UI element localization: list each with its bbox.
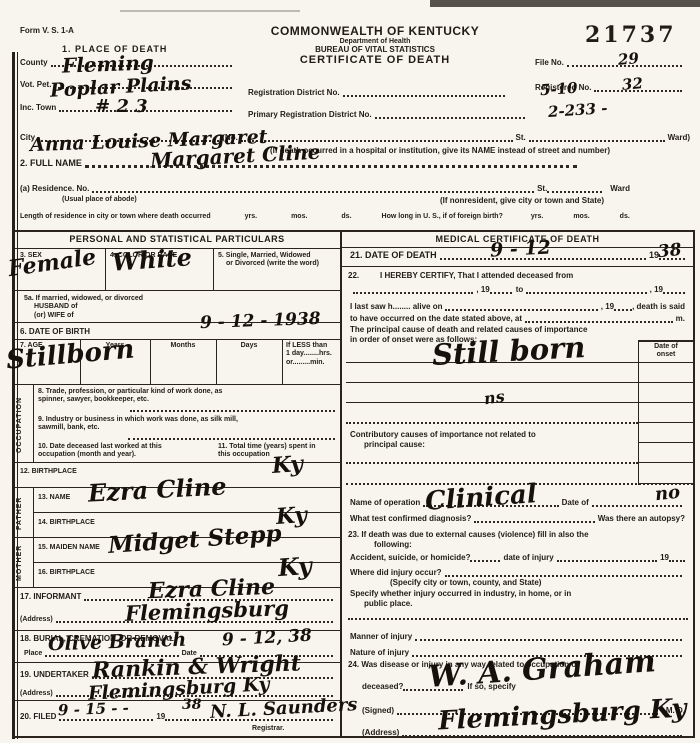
vot-pet-label: Vot. Pet. (20, 80, 51, 89)
filed-date-handwriting: 9 - 15 - - (58, 701, 129, 718)
county-handwriting: Fleming (62, 52, 154, 75)
occupation-8-rule (130, 410, 335, 412)
onset-rule-5 (638, 442, 693, 443)
inc-town-handwriting: # 2 3 (95, 98, 148, 116)
date-of-birth-handwriting: 9 - 12 - 1938 (200, 311, 321, 332)
c23-line2: following: (374, 540, 412, 549)
operation-label: Name of operation (350, 498, 420, 507)
registrar-label: Registrar. (252, 725, 284, 732)
specify-line1: Specify whether injury occurred in indus… (350, 589, 571, 598)
age-days-header: Days (216, 342, 282, 349)
father-name-handwriting: Ezra Cline (87, 474, 227, 505)
father-side-label: FATHER (16, 491, 23, 535)
birthplace-12-label: 12. BIRTHPLACE (20, 468, 77, 475)
date-of-injury-label: date of injury (503, 553, 553, 562)
sex-color-divider (105, 248, 106, 290)
occurred-label: to have occurred on the date stated abov… (350, 314, 522, 323)
onset-label-line1: Date of (654, 343, 678, 350)
residence-rule (92, 188, 534, 193)
onset-rule-1 (638, 362, 693, 363)
commonwealth-title: COMMONWEALTH OF KENTUCKY (235, 24, 515, 38)
cause-flourish-handwriting: ns (483, 389, 506, 408)
us-length-label: How long in U. S., if of foreign birth? (382, 213, 503, 220)
death-certificate-form: Form V. S. 1-A 1. PLACE OF DEATH County … (0, 0, 700, 743)
mother-birthplace-handwriting: Ky (277, 554, 312, 580)
onset-label-line2: onset (657, 351, 676, 358)
cause-rule-2 (346, 382, 638, 383)
city-st-rule (529, 137, 665, 142)
marital-label-line2: or Divorced (write the word) (226, 260, 319, 267)
m-label: m. (676, 314, 685, 323)
occurred-rule (525, 318, 673, 323)
contributory-rule-1 (346, 462, 638, 464)
registration-district-handwriting: 5-10 (540, 81, 579, 99)
form-number: Form V. S. 1-A (20, 26, 74, 35)
onset-box-top (638, 340, 693, 342)
where-injury-rule (445, 572, 682, 577)
rule-below-dod (342, 266, 693, 267)
bureau-subtitle: BUREAU OF VITAL STATISTICS (235, 45, 515, 54)
us-mos-label: mos. (573, 213, 589, 220)
mother-birthplace-label: 16. BIRTHPLACE (38, 569, 95, 576)
nature-of-injury-label: Nature of injury (350, 648, 409, 657)
age-less2: 1 day........hrs. (286, 350, 332, 357)
color-race-handwriting: White (111, 245, 192, 275)
father-name-label: 13. NAME (38, 494, 70, 501)
rule-below-age (14, 384, 340, 385)
hospital-note: (If death occurred in a hospital or inst… (270, 146, 610, 155)
accident-rule (470, 557, 500, 562)
length-yrs-label: yrs. (245, 213, 257, 220)
to-date-rule (526, 289, 646, 294)
accident-line: Accident, suicide, or homicide? date of … (350, 553, 685, 562)
length-mos-label: mos. (291, 213, 307, 220)
burial-place-label: Place (24, 650, 42, 657)
filed-19-label: 19 (156, 712, 165, 721)
certify-statement: I HEREBY CERTIFY, That I attended deceas… (380, 271, 573, 280)
residence-line: (a) Residence. No. St. Ward (20, 184, 630, 193)
rule-below-sex (14, 290, 340, 291)
date-of-injury-rule (557, 557, 657, 562)
marital-label: 5. Single, Married, Widowed or Divorced … (218, 252, 338, 269)
birthplace-12-handwriting: Ky (271, 453, 303, 477)
last-saw-label: I last saw h........ alive on (350, 302, 442, 311)
last-saw-rule (445, 306, 597, 311)
informant-address-handwriting: Flemingsburg (125, 597, 290, 624)
dod-year-handwriting: 38 (657, 242, 682, 261)
contributory-label: Contributory causes of importance not re… (350, 430, 640, 449)
scan-line-artifact (120, 10, 300, 12)
father-birthplace-label: 14. BIRTHPLACE (38, 519, 95, 526)
full-name-label: 2. FULL NAME (20, 158, 82, 168)
manner-of-injury-rule (415, 636, 682, 641)
burial-date-handwriting: 9 - 12, 38 (222, 628, 313, 650)
abode-note: (Usual place of abode) (62, 196, 137, 203)
test-label: What test confirmed diagnosis? (350, 514, 471, 523)
form-left-border (12, 52, 15, 739)
date-of-death-handwriting: 9 - 12 (490, 238, 552, 260)
where-injury-line: Where did injury occur? (350, 568, 685, 577)
external-causes-label: 23. If death was due to external causes … (348, 530, 688, 549)
occupation-11-label: 11. Total time (years) spent in this occ… (218, 443, 318, 460)
autopsy-label: Was there an autopsy? (598, 514, 685, 523)
mother-maiden-label: 15. MAIDEN NAME (38, 544, 100, 551)
mother-maiden-handwriting: Midget Stepp (107, 522, 282, 557)
city-ward-label: Ward) (668, 133, 690, 142)
form-right-border (693, 230, 695, 737)
residence-st-rule (547, 188, 602, 193)
operation-date-label: Date of (562, 498, 589, 507)
specify-injury-label: Specify whether injury occurred in indus… (350, 589, 685, 608)
test-rule (474, 518, 594, 523)
death-said-label: , death is said (632, 302, 685, 311)
undertaker-label: 19. UNDERTAKER (20, 670, 89, 679)
cause-rule-4 (346, 422, 638, 424)
signed-address-label: (Address) (362, 728, 399, 737)
residence-st-label: St. (537, 184, 547, 193)
age-col-divider-4 (282, 339, 283, 384)
autopsy-handwriting: no (654, 484, 681, 505)
occurred-line: to have occurred on the date stated abov… (350, 314, 685, 323)
date-of-onset-label: Date of onset (640, 343, 692, 358)
specify-city-note: (Specify city or town, county, and State… (390, 578, 541, 587)
burial-place-handwriting: Olive Branch (48, 631, 187, 655)
department-subtitle: Department of Health (235, 38, 515, 45)
length-ds-label: ds. (341, 213, 351, 220)
registration-district-label: Registration District No. (248, 88, 340, 97)
primary-district-handwriting: 2-233 - (548, 101, 608, 120)
scan-edge-artifact (430, 0, 700, 7)
date-of-birth-label: 6. DATE OF BIRTH (20, 327, 90, 336)
residence-label: (a) Residence. No. (20, 184, 89, 193)
contributory-line1: Contributory causes of importance not re… (350, 430, 536, 439)
accident-label: Accident, suicide, or homicide? (350, 553, 470, 562)
manner-of-injury-label: Manner of injury (350, 632, 412, 641)
file-no-line: File No. (535, 58, 685, 67)
marital-label-line1: 5. Single, Married, Widowed (218, 252, 311, 259)
injury-year-rule (669, 557, 685, 562)
to-year-rule (663, 289, 685, 294)
s5a-line1: 5a. If married, widowed, or divorced (24, 295, 143, 302)
lastsaw-19: , 19 (601, 302, 614, 311)
residence-ward-label: Ward (610, 184, 630, 193)
certificate-title: CERTIFICATE OF DEATH (235, 54, 515, 66)
registration-district-rule (343, 92, 505, 97)
where-injury-label: Where did injury occur? (350, 568, 442, 577)
us-ds-label: ds. (620, 213, 630, 220)
lastsaw-year-rule (614, 306, 632, 311)
s5a-line3: (or) WIFE of (34, 312, 74, 319)
onset-rule-6 (638, 462, 693, 463)
deceased-label: deceased? (362, 682, 403, 691)
filed-year-rule (165, 716, 189, 721)
specify-line2: public place. (364, 599, 412, 608)
inc-town-label: Inc. Town (20, 103, 56, 112)
last-saw-line: I last saw h........ alive on , 19 , dea… (350, 302, 685, 311)
onset-rule-3 (638, 402, 693, 403)
occupation-8-label: 8. Trade, profession, or particular kind… (38, 388, 238, 405)
signed-label: (Signed) (362, 706, 394, 715)
manner-of-injury-line: Manner of injury (350, 632, 685, 641)
test-confirmed-handwriting: Clinical (424, 481, 537, 515)
occupation-9-rule (128, 438, 335, 440)
age-less1: If LESS than (286, 342, 327, 349)
primary-district-label: Primary Registration District No. (248, 110, 372, 119)
us-yrs-label: yrs. (531, 213, 543, 220)
contributory-line2: principal cause: (364, 440, 425, 449)
injury-19: 19 (660, 553, 669, 562)
certify-22-number: 22. (348, 271, 359, 280)
s5a-line2: HUSBAND of (34, 303, 78, 310)
length-label: Length of residence in city or town wher… (20, 213, 211, 220)
header-block: COMMONWEALTH OF KENTUCKY Department of H… (235, 24, 515, 66)
occupation-9-label: 9. Industry or business in which work wa… (38, 416, 238, 433)
from-date-rule (353, 289, 473, 294)
nonresident-note: (If nonresident, give city or town and S… (440, 196, 604, 205)
married-widowed-label: 5a. If married, widowed, or divorced HUS… (24, 295, 143, 320)
to-19: , 19 (650, 285, 663, 294)
certify-from-to-line: , 19 to, 19 (350, 285, 685, 294)
test-autopsy-line: What test confirmed diagnosis? Was there… (350, 514, 685, 523)
certificate-stamp-number: 21737 (585, 22, 677, 48)
age-less-than-label: If LESS than 1 day........hrs. or.......… (286, 342, 340, 367)
primary-district-line: Primary Registration District No. (248, 110, 528, 119)
occupation-strip-divider (33, 384, 34, 462)
occupation-side-label: OCCUPATION (16, 392, 23, 458)
column-divider (340, 230, 342, 737)
date-of-death-label: 21. DATE OF DEATH (350, 250, 437, 260)
age-less3: or.........min. (286, 359, 325, 366)
injury-blank-rule (348, 618, 688, 620)
from-year-rule (490, 289, 512, 294)
registered-no-handwriting: 32 (621, 76, 643, 93)
city-st-label: St. (516, 133, 526, 142)
filed-year-handwriting: 38 (182, 698, 201, 712)
age-months-header: Months (150, 342, 216, 349)
filed-label: 20. FILED (20, 712, 56, 721)
file-no-handwriting: 29 (617, 51, 639, 68)
county-label: County (20, 58, 48, 67)
occupation-10-label: 10. Date deceased last worked at this oc… (38, 443, 168, 460)
primary-district-rule (375, 114, 525, 119)
onset-rule-2 (638, 382, 693, 383)
undertaker-address-label: (Address) (20, 690, 53, 697)
registration-district-line: Registration District No. (248, 88, 508, 97)
informant-label: 17. INFORMANT (20, 592, 81, 601)
cause-of-death-handwriting: Still born (431, 333, 586, 370)
from-19: , 19 (476, 285, 489, 294)
length-of-residence-line: Length of residence in city or town wher… (20, 213, 688, 220)
color-marital-divider (213, 248, 214, 290)
file-no-label: File No. (535, 58, 564, 67)
c23-line1: 23. If death was due to external causes … (348, 530, 589, 539)
onset-rule-4 (638, 422, 693, 423)
to-label: to (516, 285, 524, 294)
informant-address-label: (Address) (20, 616, 53, 623)
mother-side-label: MOTHER (16, 541, 23, 585)
section-divider-top (12, 230, 695, 232)
